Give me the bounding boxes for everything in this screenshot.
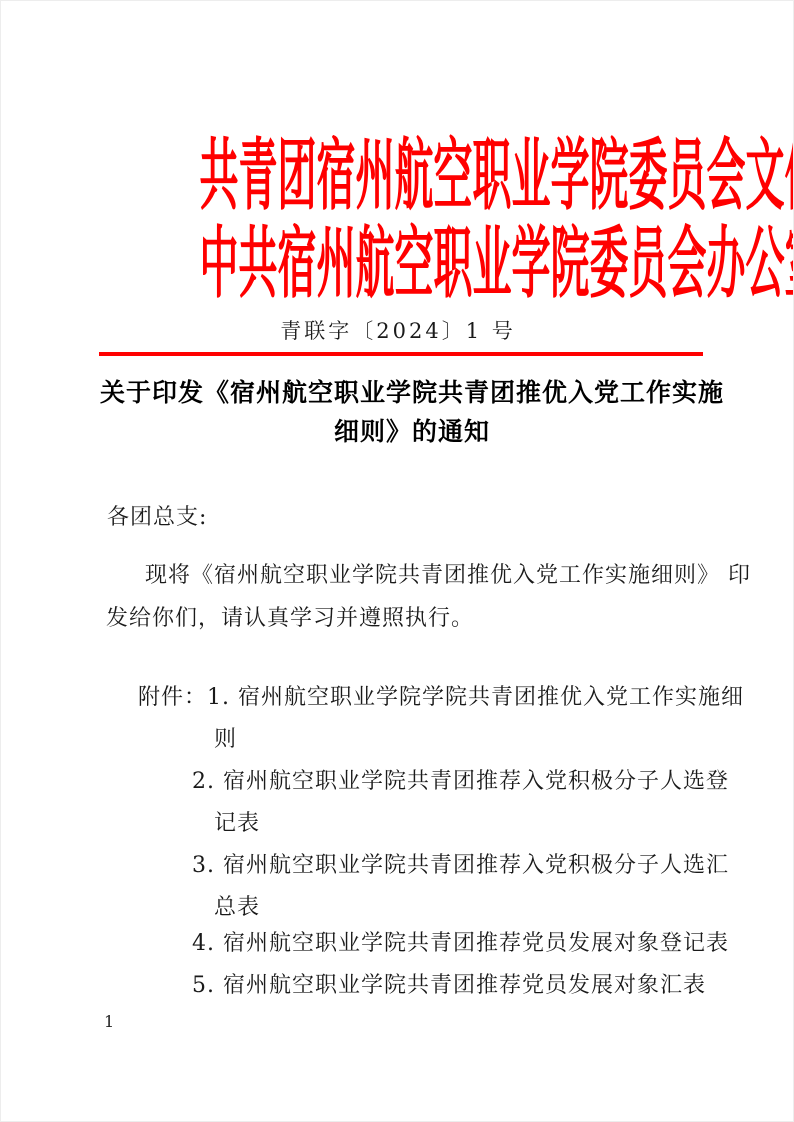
attachment-list-line-2-wrap: 记表 [214, 811, 260, 837]
attachment-list-line-4: 4. 宿州航空职业学院共青团推荐党员发展对象登记表 [192, 931, 729, 957]
attachment-list-line-3-wrap: 总表 [214, 895, 260, 921]
document-page: 共青团宿州航空职业学院委员会文件 中共宿州航空职业学院委员会办公室 青联字〔20… [0, 0, 794, 1122]
attachment-list-line-1: 附件：1. 宿州航空职业学院学院共青团推优入党工作实施细 [138, 685, 744, 711]
document-title-line-1: 关于印发《宿州航空职业学院共青团推优入党工作实施 [15, 373, 794, 412]
attachment-list-line-1-wrap: 则 [214, 727, 237, 753]
body-paragraph-line-1: 现将《宿州航空职业学院共青团推优入党工作实施细则》 印 [145, 563, 751, 589]
letterhead-org-line-1: 共青团宿州航空职业学院委员会文件 [200, 131, 597, 219]
document-number: 青联字〔2024〕1 号 [1, 315, 794, 345]
document-title: 关于印发《宿州航空职业学院共青团推优入党工作实施 细则》的通知 [15, 373, 794, 451]
attachment-list-line-3: 3. 宿州航空职业学院共青团推荐入党积极分子人选汇 [192, 853, 729, 879]
salutation: 各团总支: [107, 505, 207, 531]
letterhead: 共青团宿州航空职业学院委员会文件 中共宿州航空职业学院委员会办公室 [1, 131, 794, 307]
document-title-line-2: 细则》的通知 [15, 412, 794, 451]
letterhead-org-line-2: 中共宿州航空职业学院委员会办公室 [200, 219, 597, 307]
body-paragraph-line-2: 发给你们，请认真学习并遵照执行。 [106, 606, 474, 632]
attachment-list-line-2: 2. 宿州航空职业学院共青团推荐入党积极分子人选登 [192, 769, 729, 795]
red-separator-line [99, 352, 703, 356]
page-number: 1 [104, 1012, 114, 1031]
attachment-list-line-5: 5. 宿州航空职业学院共青团推荐党员发展对象汇表 [192, 973, 706, 999]
